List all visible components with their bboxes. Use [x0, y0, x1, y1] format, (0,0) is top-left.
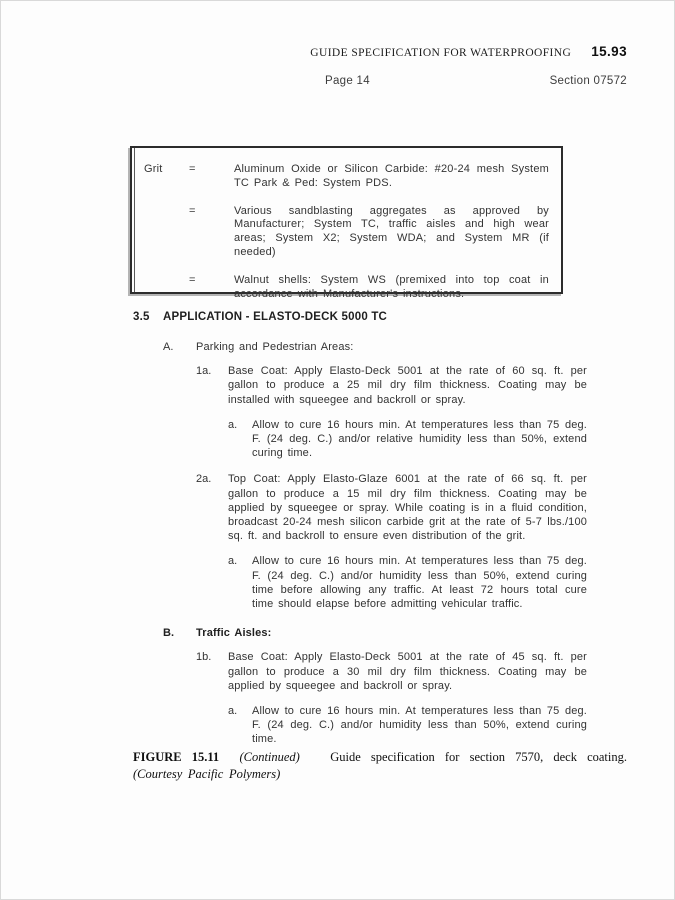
- grit-definition-row: Grit = Aluminum Oxide or Silicon Carbide…: [142, 163, 549, 191]
- outline-item-text: Base Coat: Apply Elasto-Deck 5001 at the…: [228, 650, 587, 693]
- outline-label: 1a.: [196, 364, 228, 407]
- outline-label: 2a.: [196, 472, 228, 543]
- grit-definition-text: Walnut shells: System WS (premixed into …: [234, 274, 549, 302]
- figure-caption-label: FIGURE 15.11: [133, 750, 219, 764]
- outline-item-1b: 1b. Base Coat: Apply Elasto-Deck 5001 at…: [196, 650, 587, 693]
- document-section-label: Section 07572: [550, 75, 627, 87]
- outline-item-text: Allow to cure 16 hours min. At temperatu…: [252, 418, 587, 461]
- outline-heading-text: Traffic Aisles:: [196, 626, 587, 640]
- equals-sign: =: [189, 274, 234, 302]
- outline-item-text: Top Coat: Apply Elasto-Glaze 6001 at the…: [228, 472, 587, 543]
- grit-term: Grit: [142, 163, 189, 191]
- section-number: 3.5: [133, 311, 163, 323]
- outline-label: A.: [163, 340, 196, 354]
- outline-label: B.: [163, 626, 196, 640]
- section-title: APPLICATION - ELASTO-DECK 5000 TC: [163, 311, 587, 323]
- equals-sign: =: [189, 205, 234, 260]
- outline-item-text: Base Coat: Apply Elasto-Deck 5001 at the…: [228, 364, 587, 407]
- grit-definition-text: Various sandblasting aggregates as appro…: [234, 205, 549, 260]
- book-page-number: 15.93: [591, 44, 627, 59]
- outline-heading-text: Parking and Pedestrian Areas:: [196, 340, 587, 354]
- grit-definition-row: = Various sandblasting aggregates as app…: [142, 205, 549, 260]
- outline-label: 1b.: [196, 650, 228, 693]
- equals-sign: =: [189, 163, 234, 191]
- outline-item-text: Allow to cure 16 hours min. At temperatu…: [252, 554, 587, 611]
- outline-item-1a-sub-a: a. Allow to cure 16 hours min. At temper…: [228, 418, 587, 461]
- figure-caption-text: Guide specification for section 7570, de…: [330, 750, 627, 764]
- specification-body: 3.5 APPLICATION - ELASTO-DECK 5000 TC A.…: [133, 311, 587, 759]
- outline-item-text: Allow to cure 16 hours min. At temperatu…: [252, 704, 587, 747]
- running-title: GUIDE SPECIFICATION FOR WATERPROOFING: [310, 47, 571, 59]
- grit-definition-row: = Walnut shells: System WS (premixed int…: [142, 274, 549, 302]
- scanned-document-page: { "header": { "running_title": "GUIDE SP…: [0, 0, 675, 900]
- outline-item-1b-sub-a: a. Allow to cure 16 hours min. At temper…: [228, 704, 587, 747]
- figure-caption: FIGURE 15.11 (Continued) Guide specifica…: [133, 749, 627, 782]
- outline-label: a.: [228, 554, 252, 611]
- outline-item-2a-sub-a: a. Allow to cure 16 hours min. At temper…: [228, 554, 587, 611]
- outline-part-b: B. Traffic Aisles:: [163, 626, 587, 640]
- section-heading: 3.5 APPLICATION - ELASTO-DECK 5000 TC: [133, 311, 587, 323]
- outline-item-2a: 2a. Top Coat: Apply Elasto-Glaze 6001 at…: [196, 472, 587, 543]
- figure-caption-courtesy: (Courtesy Pacific Polymers): [133, 767, 280, 781]
- figure-caption-continued: (Continued): [239, 750, 299, 764]
- outline-label: a.: [228, 418, 252, 461]
- grit-definition-text: Aluminum Oxide or Silicon Carbide: #20-2…: [234, 163, 549, 191]
- document-page-label: Page 14: [325, 75, 370, 87]
- outline-part-a: A. Parking and Pedestrian Areas:: [163, 340, 587, 354]
- outline-item-1a: 1a. Base Coat: Apply Elasto-Deck 5001 at…: [196, 364, 587, 407]
- grit-definitions-box: Grit = Aluminum Oxide or Silicon Carbide…: [130, 146, 563, 294]
- outline-label: a.: [228, 704, 252, 747]
- running-head: GUIDE SPECIFICATION FOR WATERPROOFING 15…: [310, 44, 627, 59]
